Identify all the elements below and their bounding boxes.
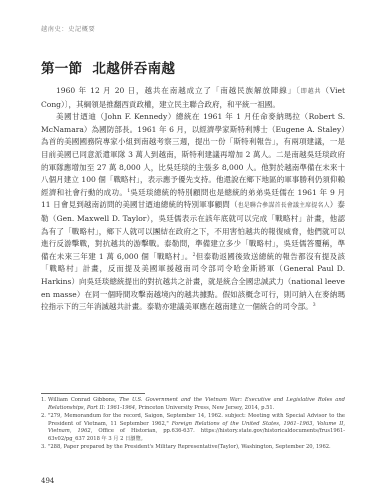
page-number: 494 bbox=[41, 477, 54, 485]
text-run: William Conrad Gibbons, bbox=[48, 397, 119, 403]
footnote-number: 2. bbox=[41, 413, 46, 421]
section-heading: 北越併吞南越 bbox=[92, 61, 175, 77]
footnotes: 1.William Conrad Gibbons, The U.S. Gover… bbox=[41, 397, 345, 452]
text-run: 1960 年 12 月 20 日，越共在南越成立了「南越民族解放陣線」〔 bbox=[56, 86, 301, 95]
footnote-text: "279, Memorandum for the record, Saigon,… bbox=[48, 413, 345, 442]
footnote-text: "288, Paper prepared by the President's … bbox=[48, 444, 331, 450]
text-run: "288, Paper prepared by the President's … bbox=[48, 444, 331, 450]
footnote: 2."279, Memorandum for the record, Saigo… bbox=[41, 413, 345, 444]
annotation: 即越共 bbox=[301, 88, 322, 95]
footnote: 3."288, Paper prepared by the President'… bbox=[41, 444, 345, 452]
text-run: , Office of Historian, pp.636-637. https… bbox=[48, 428, 345, 442]
running-head: 越南史：史記概要 bbox=[41, 24, 95, 33]
footnote-number: 1. bbox=[41, 397, 46, 405]
body-text: 1960 年 12 月 20 日，越共在南越成立了「南越民族解放陣線」〔即越共（… bbox=[41, 85, 345, 314]
footnote-ref: 3 bbox=[313, 303, 316, 308]
footnote: 1.William Conrad Gibbons, The U.S. Gover… bbox=[41, 397, 345, 412]
annotation: 也是聯合參謀首長會議主席提名人 bbox=[238, 202, 330, 209]
text-run: 美國甘迺迪（John F. Kennedy）總統在 1961 年 1 月任命麥納… bbox=[41, 112, 345, 197]
paragraph: 1960 年 12 月 20 日，越共在南越成立了「南越民族解放陣線」〔即越共（… bbox=[41, 85, 345, 111]
footnote-divider bbox=[41, 393, 145, 394]
text-run: , Princeton University Press, New Jersey… bbox=[135, 405, 274, 411]
footnote-text: William Conrad Gibbons, The U.S. Governm… bbox=[48, 397, 345, 411]
paragraph: 美國甘迺迪（John F. Kennedy）總統在 1961 年 1 月任命麥納… bbox=[41, 111, 345, 314]
section-title: 第一節北越併吞南越 bbox=[41, 57, 175, 77]
footnote-number: 3. bbox=[41, 444, 46, 452]
section-number: 第一節 bbox=[41, 61, 82, 77]
